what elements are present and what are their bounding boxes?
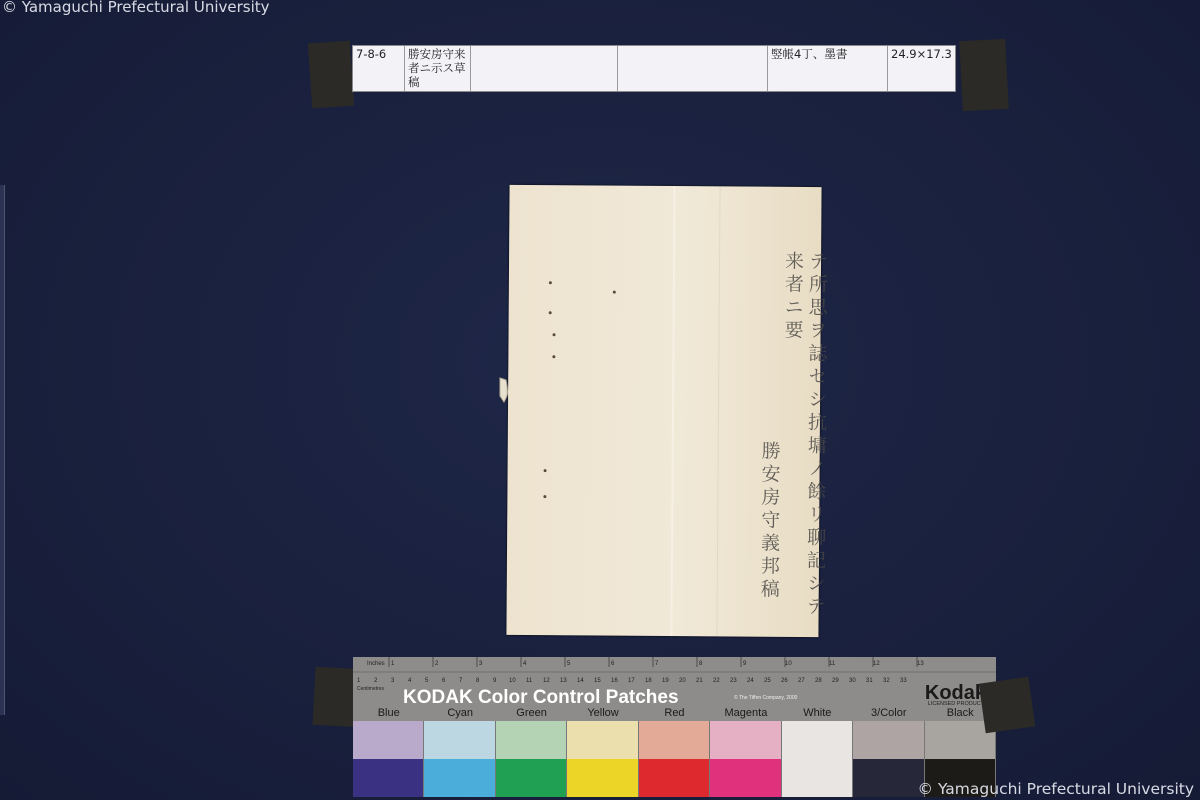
label-empty-1 (471, 46, 618, 91)
svg-text:32: 32 (883, 678, 890, 684)
ruler: Inches 1234 5678 910111213 1234 5678 910… (353, 657, 996, 691)
kodak-title: KODAK Color Control Patches (403, 687, 679, 709)
svg-text:27: 27 (798, 678, 805, 684)
tape-top-right (959, 39, 1009, 111)
svg-text:25: 25 (764, 678, 771, 684)
patch-name-green: Green (496, 707, 567, 719)
svg-text:14: 14 (577, 678, 584, 684)
label-title: 勝安房守来者ニ示ス草稿 (405, 46, 471, 91)
label-dimensions: 24.9×17.3 (888, 46, 955, 91)
svg-text:7: 7 (655, 661, 659, 667)
svg-text:18: 18 (645, 678, 652, 684)
svg-text:5: 5 (425, 678, 429, 684)
svg-text:9: 9 (493, 678, 497, 684)
svg-text:8: 8 (699, 661, 703, 667)
patch-name-3color: 3/Color (853, 707, 924, 719)
adjacent-document-edge (0, 185, 5, 715)
svg-text:29: 29 (832, 678, 839, 684)
svg-text:1: 1 (391, 661, 395, 667)
watermark-bottom: © Yamaguchi Prefectural University (918, 780, 1194, 798)
svg-text:11: 11 (526, 678, 533, 684)
tape-bottom-right (979, 677, 1035, 733)
svg-text:2: 2 (435, 661, 439, 667)
svg-text:4: 4 (523, 661, 527, 667)
svg-text:11: 11 (829, 661, 836, 667)
label-format: 竪帳4丁、墨書 (768, 46, 888, 91)
patch-name-white: White (782, 707, 853, 719)
patch-yellow (567, 721, 638, 797)
svg-text:1: 1 (357, 678, 361, 684)
svg-text:13: 13 (917, 661, 924, 667)
svg-text:Inches: Inches (367, 661, 385, 667)
watermark-top: © Yamaguchi Prefectural University (2, 0, 270, 16)
patch-3color (853, 721, 924, 797)
svg-text:20: 20 (679, 678, 686, 684)
svg-text:17: 17 (628, 678, 635, 684)
svg-text:7: 7 (459, 678, 463, 684)
svg-text:23: 23 (730, 678, 737, 684)
svg-text:2: 2 (374, 678, 378, 684)
patch-name-red: Red (639, 707, 710, 719)
patch-blue (353, 721, 424, 797)
svg-text:10: 10 (785, 661, 792, 667)
svg-text:13: 13 (560, 678, 567, 684)
handwritten-line-2: 勝安房守義邦稿 (757, 441, 782, 602)
document-page: テ所思ヲ誌セシ抗墉ノ餘リ聊記シテ来者ニ要 勝安房守義邦稿 (506, 185, 821, 637)
patch-name-magenta: Magenta (710, 707, 781, 719)
svg-text:16: 16 (611, 678, 618, 684)
svg-text:15: 15 (594, 678, 601, 684)
patch-names: Blue Cyan Green Yellow Red Magenta White… (353, 707, 996, 719)
patch-name-blue: Blue (353, 707, 424, 719)
svg-text:3: 3 (479, 661, 483, 667)
svg-text:24: 24 (747, 678, 754, 684)
tape-top-left (308, 41, 354, 109)
patch-cyan (424, 721, 495, 797)
label-empty-2 (618, 46, 768, 91)
svg-text:22: 22 (713, 678, 720, 684)
patch-name-cyan: Cyan (424, 707, 495, 719)
svg-text:3: 3 (391, 678, 395, 684)
svg-text:21: 21 (696, 678, 703, 684)
svg-text:33: 33 (900, 678, 907, 684)
svg-text:9: 9 (743, 661, 747, 667)
catalog-label: 7-8-6 勝安房守来者ニ示ス草稿 竪帳4丁、墨書 24.9×17.3 (352, 45, 956, 92)
label-id: 7-8-6 (353, 46, 405, 91)
svg-text:4: 4 (408, 678, 412, 684)
svg-text:12: 12 (543, 678, 550, 684)
svg-text:12: 12 (873, 661, 880, 667)
svg-text:6: 6 (442, 678, 446, 684)
svg-text:8: 8 (476, 678, 480, 684)
kodak-copyright: © The Tiffen Company, 2000 (734, 695, 797, 701)
patch-white (782, 721, 853, 797)
color-patches (353, 721, 996, 797)
svg-text:31: 31 (866, 678, 873, 684)
svg-text:Centimetres: Centimetres (357, 686, 384, 691)
patch-magenta (710, 721, 781, 797)
svg-text:6: 6 (611, 661, 615, 667)
patch-red (639, 721, 710, 797)
svg-text:30: 30 (849, 678, 856, 684)
svg-text:5: 5 (567, 661, 571, 667)
patch-green (496, 721, 567, 797)
kodak-color-control-card: Inches 1234 5678 910111213 1234 5678 910… (353, 657, 996, 797)
svg-text:26: 26 (781, 678, 788, 684)
svg-text:10: 10 (509, 678, 516, 684)
svg-text:19: 19 (662, 678, 669, 684)
svg-text:28: 28 (815, 678, 822, 684)
handwritten-line-1: テ所思ヲ誌セシ抗墉ノ餘リ聊記シテ来者ニ要 (778, 251, 829, 637)
patch-name-yellow: Yellow (567, 707, 638, 719)
